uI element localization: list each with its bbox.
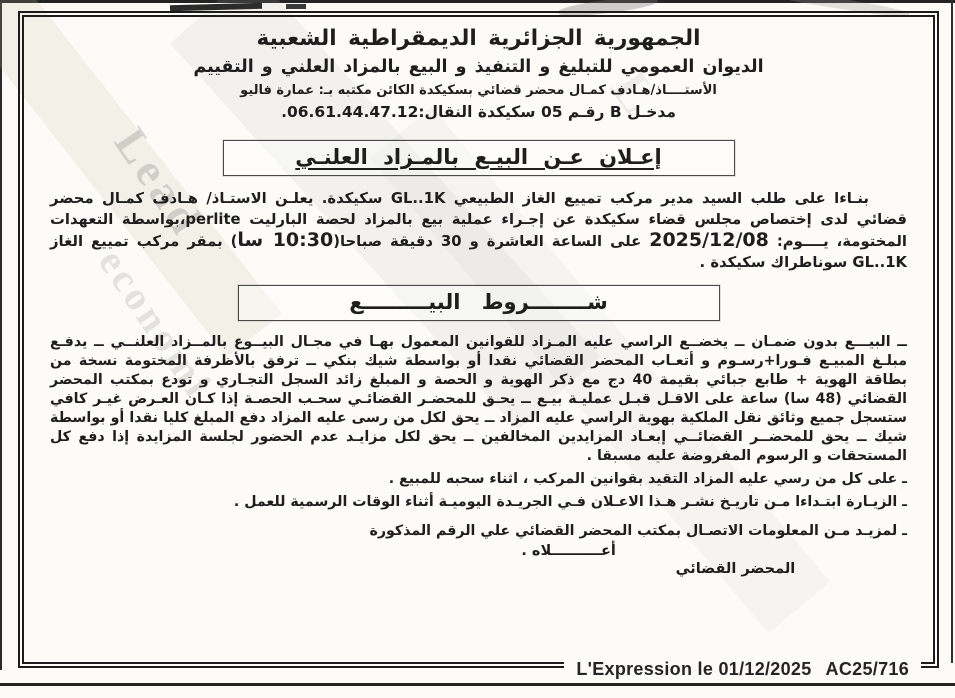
sale-conditions-title: شــــــــروط البيـــــــــع [349, 290, 607, 314]
auction-title: إعـلان عـن البيـع بالمـزاد العلنـي [295, 145, 661, 169]
announcement-text-2: على الساعة العاشرة و 30 دقيقة صباحا( [333, 233, 649, 250]
sale-conditions-title-box: شــــــــروط البيـــــــــع [238, 285, 720, 321]
auction-date: 2025/12/08 [649, 229, 769, 251]
contact-info-line: ـ لمزيـد مـن المعلومات الاتصـال بمكتب ال… [50, 522, 907, 541]
newspaper-credit: L'Expression le 01/12/2025AC25/716 [564, 657, 921, 682]
condition-bullet-1: ـ على كل من رسي عليه المزاد التقيد بقوان… [50, 470, 907, 489]
auction-time: 10:30 سا [237, 229, 333, 251]
bailiff-address-line: الأستــــاذ/هـادف كمـال محضر قضائي بسكيك… [50, 83, 907, 100]
scan-edge-bottom [0, 683, 955, 686]
scan-edge-right [951, 0, 953, 663]
condition-bullet-2: ـ الزيـارة ابتـداءا مـن تاريـخ نشـر هـذا… [50, 493, 907, 512]
newspaper-credit-text: L'Expression le 01/12/2025 [576, 659, 811, 679]
notice-content: الجمهورية الجزائرية الديمقراطية الشعبية … [24, 15, 933, 664]
announcement-ref: AC25/716 [826, 659, 909, 679]
scan-artifact [170, 3, 262, 11]
notice-header: الجمهورية الجزائرية الديمقراطية الشعبية … [50, 25, 907, 122]
bailiff-signature: المحضر القضائي [50, 561, 907, 577]
auction-announcement-paragraph: بنـاءا على طلب السيد مدير مركب تمييع الغ… [50, 188, 907, 273]
scanned-legal-notice-page: { "header": { "line1": "الجمهورية الجزائ… [0, 0, 955, 698]
entrance-phone-line: مدخـل B رقـم 05 سكيكدة النقال:06.61.44.4… [50, 102, 907, 122]
scan-artifact [286, 4, 306, 9]
scan-edge-top [0, 0, 955, 3]
office-title: الديوان العمومي للتبليغ و التنفيذ و البي… [50, 56, 907, 79]
sale-conditions-paragraph: ــ البيـــع بدون ضمـان ــ يخضــع الراسي … [50, 333, 907, 466]
republic-title: الجمهورية الجزائرية الديمقراطية الشعبية [50, 25, 907, 53]
auction-title-box: إعـلان عـن البيـع بالمـزاد العلنـي [223, 140, 735, 176]
contact-info-above-word: أعــــــــــلاه . [50, 543, 907, 559]
scan-edge-left [0, 0, 2, 670]
